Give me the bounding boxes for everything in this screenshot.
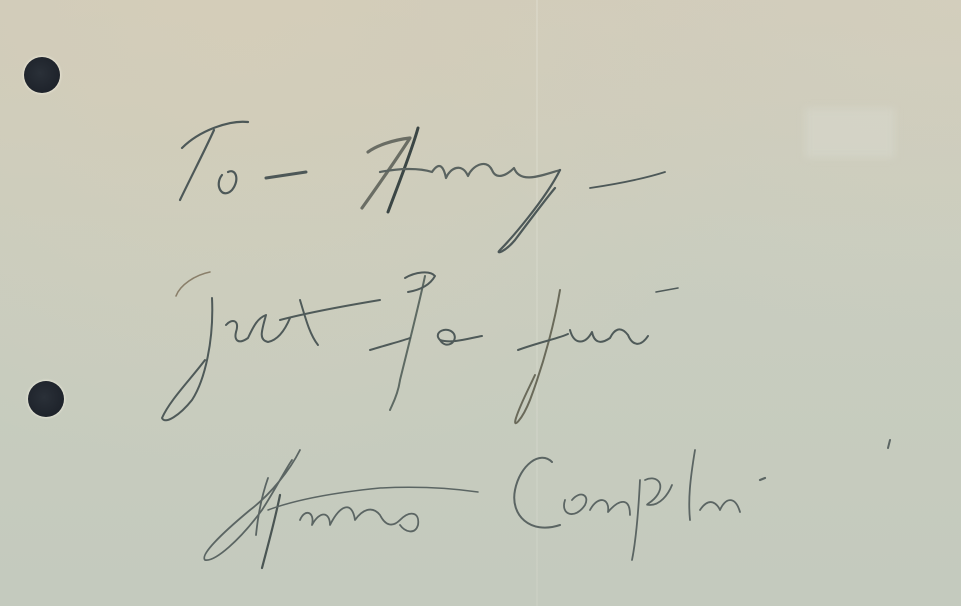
- handwriting-ink: [0, 0, 961, 606]
- note-line-greeting: To — Harry —: [0, 0, 1, 1]
- line-to-harry: [180, 122, 665, 253]
- line-just-for-fun: [162, 272, 678, 423]
- line-signature: [204, 440, 890, 568]
- note-paper: To — Harry — “Just for fun” Chester Conk…: [0, 0, 961, 606]
